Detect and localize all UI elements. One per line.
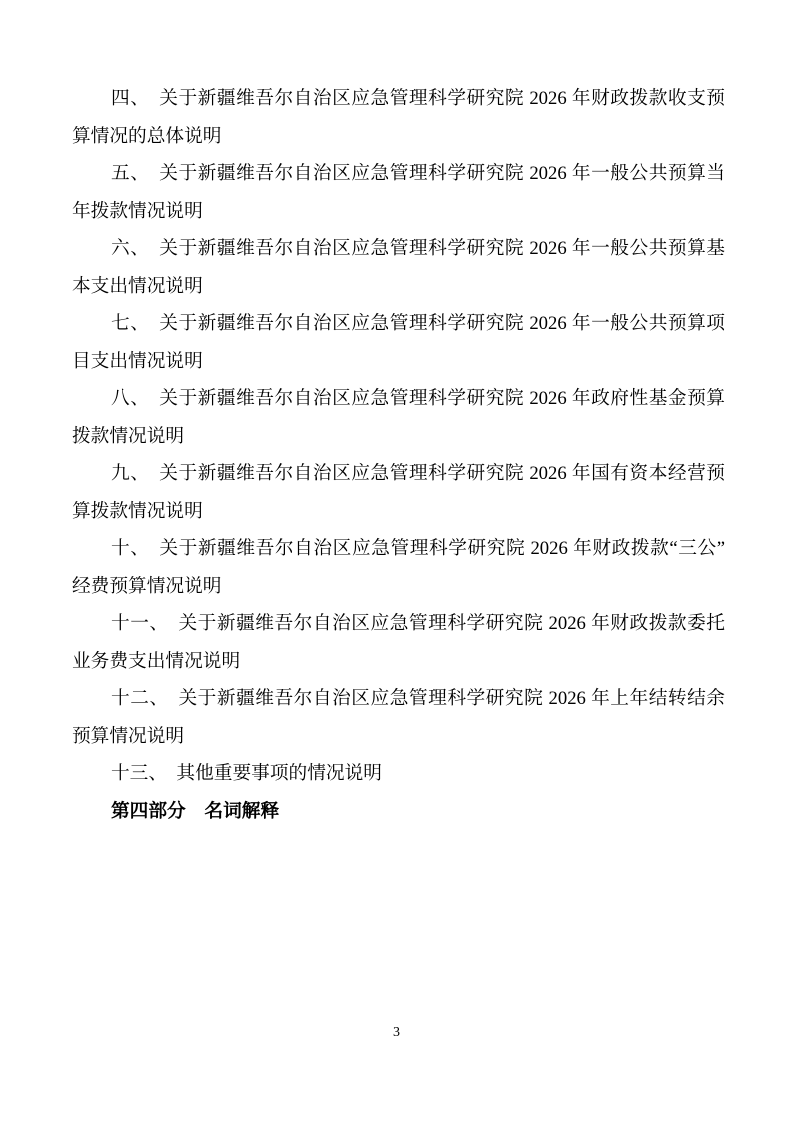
toc-line: 六、 关于新疆维吾尔自治区应急管理科学研究院 2026 年一般公共预算基 <box>72 230 725 268</box>
toc-line: 经费预算情况说明 <box>72 568 725 606</box>
toc-line: 年拨款情况说明 <box>72 193 725 231</box>
toc-line: 十三、 其他重要事项的情况说明 <box>72 755 725 793</box>
page-number: 3 <box>0 1024 793 1042</box>
toc-line: 十一、 关于新疆维吾尔自治区应急管理科学研究院 2026 年财政拨款委托 <box>72 605 725 643</box>
toc-line: 业务费支出情况说明 <box>72 643 725 681</box>
toc-line: 十、 关于新疆维吾尔自治区应急管理科学研究院 2026 年财政拨款“三公” <box>72 530 725 568</box>
toc-line: 拨款情况说明 <box>72 418 725 456</box>
toc-line: 十二、 关于新疆维吾尔自治区应急管理科学研究院 2026 年上年结转结余 <box>72 680 725 718</box>
toc-line: 七、 关于新疆维吾尔自治区应急管理科学研究院 2026 年一般公共预算项 <box>72 305 725 343</box>
toc-line: 预算情况说明 <box>72 718 725 756</box>
toc-line: 目支出情况说明 <box>72 343 725 381</box>
toc-line: 算情况的总体说明 <box>72 118 725 156</box>
toc-content: 四、 关于新疆维吾尔自治区应急管理科学研究院 2026 年财政拨款收支预 算情况… <box>72 80 725 830</box>
toc-line: 九、 关于新疆维吾尔自治区应急管理科学研究院 2026 年国有资本经营预 <box>72 455 725 493</box>
toc-line: 五、 关于新疆维吾尔自治区应急管理科学研究院 2026 年一般公共预算当 <box>72 155 725 193</box>
toc-line: 本支出情况说明 <box>72 268 725 306</box>
document-page: 四、 关于新疆维吾尔自治区应急管理科学研究院 2026 年财政拨款收支预 算情况… <box>0 0 793 1122</box>
section-heading: 第四部分 名词解释 <box>72 793 725 831</box>
toc-line: 八、 关于新疆维吾尔自治区应急管理科学研究院 2026 年政府性基金预算 <box>72 380 725 418</box>
toc-line: 四、 关于新疆维吾尔自治区应急管理科学研究院 2026 年财政拨款收支预 <box>72 80 725 118</box>
toc-line: 算拨款情况说明 <box>72 493 725 531</box>
